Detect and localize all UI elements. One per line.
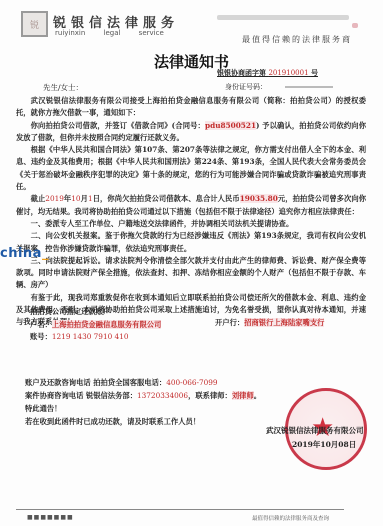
paragraph-legal-basis: 根据《中华人民共和国合同法》第107条、第207条等法律之规定，你方需支付出借人… <box>16 144 366 193</box>
contact-line-notice: 特此通告！ <box>25 402 261 415</box>
measure-three: 三、向法院提起诉讼。请求法院判令你清偿全部欠款并支付由此产生的律师费、诉讼费、财… <box>16 255 366 292</box>
document-number-prefix: 银银协商函字第 <box>217 68 266 77</box>
document-number: 银银协商函字第 201910001 号 <box>217 68 318 78</box>
legal-notice-page: 锐 锐银信法律服务 ruiyinxin legal service 最值得信赖的… <box>0 0 383 526</box>
signing-company: 武汉锐银信法律服务有限公司 <box>266 425 364 436</box>
account-bank-value: 招商银行上海陆家嘴支行 <box>244 318 324 327</box>
account-holder-label: 户名： <box>30 320 52 329</box>
outstanding-month: 10 <box>71 194 80 203</box>
notice-body: 武汉锐银信法律服务有限公司接受上海拍拍贷金融信息服务有限公司（简称：拍拍贷公司）… <box>16 95 366 329</box>
lawyer-label: ，联系律师： <box>188 391 232 400</box>
signing-date: 2019年10月08日 <box>292 439 356 450</box>
contract-text-a: 你向拍拍贷公司借款，并签订《借款合同》(合同号： <box>31 121 205 130</box>
document-number-suffix: 号 <box>311 68 318 77</box>
measure-two: 二、向公安机关报案。鉴于你拖欠贷款的行为已经涉嫌违反《刑法》第193条规定，我司… <box>16 230 366 255</box>
watermark-underscore: _ <box>42 246 49 261</box>
contract-number: pdu8500521 <box>205 121 256 130</box>
salutation-text: 先生/女士： <box>43 83 83 92</box>
contact-line-legal: 案件协商咨询电话 锐银信法务部：13720334006，联系律师：刘律师。 <box>25 389 261 402</box>
brand-name-english: ruiyinxin legal service <box>55 29 164 37</box>
account-holder-value: 上海拍拍贷金融信息服务有限公司 <box>52 320 161 329</box>
contact-info: 账户及还款咨询电话 拍拍贷全国客服电话：400-066-7099 案件协商咨询电… <box>25 376 261 428</box>
hotline-number: 400-066-7099 <box>166 378 217 387</box>
id-number-redacted <box>285 86 333 88</box>
outstanding-text-d: 日，你尚欠拍拍贷公司借款本、息合计人民币 <box>93 194 240 203</box>
measure-one: 一、委派专人至工作单位、户籍地送交法律函件，并协调相关司法机关提请协查。 <box>16 218 366 230</box>
paragraph-intro: 武汉锐银信法律服务有限公司接受上海拍拍贷金融信息服务有限公司（简称：拍拍贷公司）… <box>16 95 366 120</box>
salutation: 先生/女士： <box>21 82 83 93</box>
paragraph-contract: 你向拍拍贷公司借款，并签订《借款合同》(合同号：pdu8500521) 予以确认… <box>16 120 366 145</box>
account-bank: 开户行：招商银行上海陆家嘴支行 <box>215 318 324 328</box>
company-logo: 锐 <box>21 11 48 37</box>
company-slogan: 最值得信赖的法律服务商 <box>242 34 352 45</box>
outstanding-text-a: 截止 <box>31 194 46 203</box>
outstanding-text-c: 月 <box>81 194 88 203</box>
hotline-label: 账户及还款咨询电话 拍拍贷全国客服电话： <box>25 378 166 387</box>
outstanding-amount: 19035.80 <box>240 194 278 203</box>
lawyer-name: 刘律师 <box>232 391 254 400</box>
outstanding-year: 2019 <box>45 194 64 203</box>
contact-line-end: 。 <box>254 391 261 400</box>
contact-line-hotline: 账户及还款咨询电话 拍拍贷全国客服电话：400-066-7099 <box>25 376 261 389</box>
footer-left-text: ■■■■■■■ <box>27 514 74 521</box>
document-number-value: 201910001 <box>268 69 308 77</box>
id-number-label: 身份证号码： <box>225 83 267 91</box>
contact-line-paid: 若在收到此函件时已成功还款，请及时联系工作人员！ <box>25 415 261 428</box>
account-number: 账号：1219 1430 7910 410 <box>30 331 161 344</box>
account-holder: 户名：上海拍拍贷金融信息服务有限公司 <box>30 319 161 332</box>
site-watermark: china_ <box>0 246 49 261</box>
document-title: 法律通知书 <box>0 51 383 72</box>
footer-right-text: 最值得信赖的法律服务商及查询 <box>252 514 329 522</box>
paragraph-outstanding: 截止2019年10月1日，你尚欠拍拍贷公司借款本、息合计人民币19035.80元… <box>16 193 366 218</box>
repayment-account: 拍拍贷公司指定还款账户 户名：上海拍拍贷金融信息服务有限公司 账号：1219 1… <box>30 306 161 344</box>
account-bank-label: 开户行： <box>215 318 244 327</box>
legal-phone-number: 13720334006 <box>137 391 188 400</box>
header-decorative-bar <box>217 15 349 20</box>
footer-divider <box>16 509 344 510</box>
legal-phone-label: 案件协商咨询电话 锐银信法务部： <box>25 391 137 400</box>
watermark-text: china <box>0 246 42 261</box>
id-number-line: 身份证号码： <box>225 82 333 92</box>
account-number-value: 1219 1430 7910 410 <box>52 332 129 341</box>
header-decorative-mark <box>352 23 358 28</box>
account-number-label: 账号： <box>30 332 52 341</box>
account-heading: 拍拍贷公司指定还款账户 <box>30 306 161 319</box>
